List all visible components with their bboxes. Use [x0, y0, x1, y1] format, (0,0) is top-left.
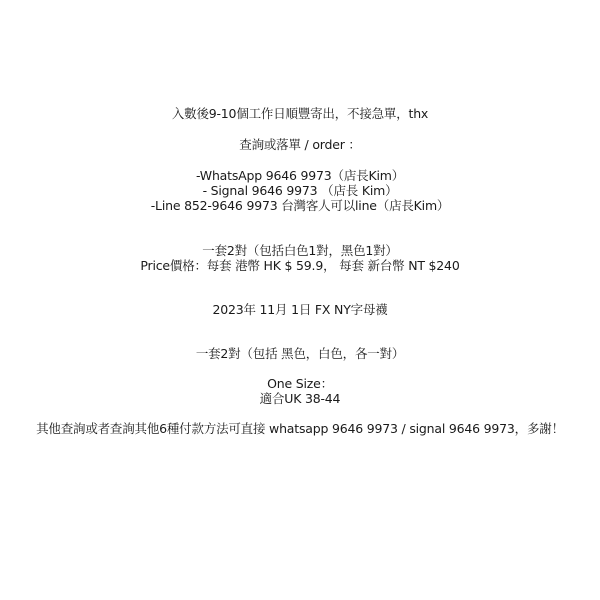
price-line: Price價格：每套 港幣 HK $ 59.9， 每套 新台幣 NT $240 — [0, 258, 600, 273]
size-fit: 適合UK 38-44 — [0, 391, 600, 406]
size-label: One Size： — [0, 376, 600, 391]
footer-note: 其他查詢或者查詢其他6種付款方法可直接 whatsapp 9646 9973 /… — [0, 421, 600, 436]
order-heading: 查詢或落單 / order ： — [0, 137, 600, 152]
shipping-note: 入數後9-10個工作日順豐寄出，不接急單，thx — [0, 106, 600, 121]
set-description: 一套2對（包括白色1對，黑色1對） — [0, 243, 600, 258]
set-description-2: 一套2對（包括 黑色，白色，各一對） — [0, 346, 600, 361]
contact-signal: - Signal 9646 9973 （店長 Kim） — [0, 183, 600, 198]
contact-line: -Line 852-9646 9973 台灣客人可以line（店長Kim） — [0, 198, 600, 213]
contact-whatsapp: -WhatsApp 9646 9973（店長Kim） — [0, 168, 600, 183]
product-line: 2023年 11月 1日 FX NY字母襪 — [0, 302, 600, 317]
